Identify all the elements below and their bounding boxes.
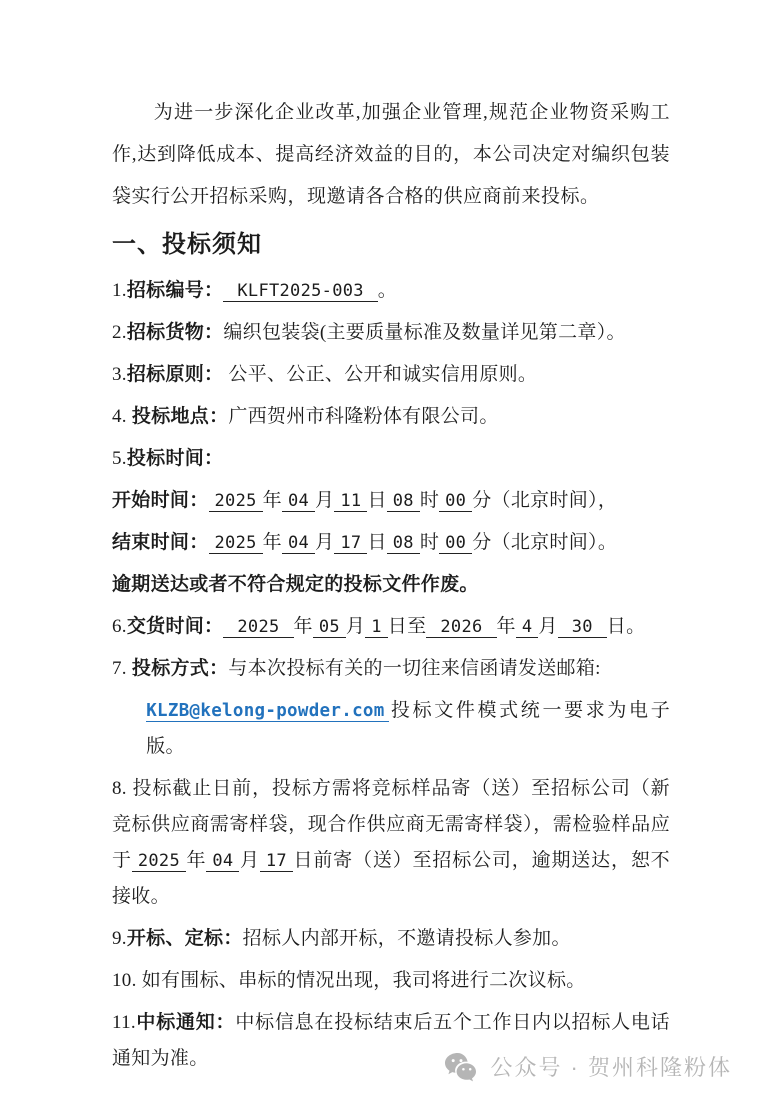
doc-line: 9.开标、定标：招标人内部开标，不邀请投标人参加。 (112, 921, 670, 957)
text-run: 逾期送达或者不符合规定的投标文件作废。 (112, 574, 479, 595)
form-fill-value: 4 (516, 617, 539, 638)
text-run: 交货时间： (127, 616, 224, 637)
text-run: 分（北京时间）。 (472, 532, 617, 553)
text-run: 年 (263, 532, 282, 553)
doc-line: 逾期送达或者不符合规定的投标文件作废。 (112, 567, 670, 603)
doc-line: 5.投标时间： (112, 441, 670, 477)
text-run: 月 (538, 616, 557, 637)
form-fill-value: 2025 (132, 851, 186, 872)
doc-line: 10. 如有围标、串标的情况出现，我司将进行二次议标。 (112, 963, 670, 999)
text-run: 6. (112, 616, 127, 637)
text-run: 9. (112, 928, 127, 949)
text-run: 与本次投标有关的一切往来信函请发送邮箱: (228, 658, 600, 679)
text-run: 时 (420, 490, 439, 511)
text-run: 广西贺州市科隆粉体有限公司。 (228, 406, 498, 427)
form-fill-value: 1 (365, 617, 388, 638)
email-link[interactable]: KLZB@kelong-powder.com (146, 701, 388, 722)
text-run: 投标地点： (132, 406, 229, 427)
form-fill-value: 00 (439, 533, 472, 554)
form-fill-value: 2025 (209, 491, 263, 512)
form-fill-value: 2026 (426, 617, 496, 638)
form-fill-value: KLFT2025-003 (223, 281, 377, 302)
text-run: 中标通知： (136, 1012, 235, 1033)
text-run: 1. (112, 280, 127, 301)
text-run: 月 (239, 850, 259, 871)
text-run: 4. (112, 406, 132, 427)
watermark-text: 公众号 · 贺州科隆粉体 (490, 1051, 732, 1082)
doc-line: 8. 投标截止日前，投标方需将竞标样品寄（送）至招标公司（新竞标供应商需寄样袋，… (112, 771, 670, 915)
text-run: 开标、定标： (127, 928, 243, 949)
text-run: 月 (315, 532, 334, 553)
doc-line: 2.招标货物：编织包装袋(主要质量标准及数量详见第二章）。 (112, 315, 670, 351)
doc-line: 3.招标原则： 公平、公正、公开和诚实信用原则。 (112, 357, 670, 393)
form-fill-value: 00 (439, 491, 472, 512)
text-run: 招标编号： (127, 280, 224, 301)
text-run: 结束时间： (112, 532, 209, 553)
wechat-icon (444, 1052, 480, 1082)
form-fill-value: 17 (334, 533, 367, 554)
text-run: 日 (367, 532, 386, 553)
text-run: 公平、公正、公开和诚实信用原则。 (223, 364, 537, 385)
text-run: 招标原则： (127, 364, 224, 385)
text-run: 日。 (607, 616, 646, 637)
text-run: 3. (112, 364, 127, 385)
text-run: 时 (420, 532, 439, 553)
doc-line: 6.交货时间：2025年05月1日至2026年4月30日。 (112, 609, 670, 645)
form-fill-value: 08 (387, 491, 420, 512)
section-heading: 一、投标须知 (112, 224, 670, 259)
text-run: 年 (497, 616, 516, 637)
doc-items: 1.招标编号：KLFT2025-003。2.招标货物：编织包装袋(主要质量标准及… (112, 273, 670, 1077)
doc-line: 1.招标编号：KLFT2025-003。 (112, 273, 670, 309)
form-fill-value: 05 (313, 617, 346, 638)
form-fill-value: 2025 (209, 533, 263, 554)
text-run: 月 (315, 490, 334, 511)
text-run: 招标人内部开标，不邀请投标人参加。 (243, 928, 571, 949)
document-content: 为进一步深化企业改革,加强企业管理,规范企业物资采购工作,达到降低成本、提高经济… (112, 92, 670, 1083)
text-run: 开始时间： (112, 490, 209, 511)
text-run: 招标货物： (127, 322, 224, 343)
text-run: 5. (112, 448, 127, 469)
form-fill-value: 04 (206, 851, 239, 872)
text-run: 7. (112, 658, 132, 679)
text-run: 分（北京时间）， (472, 490, 617, 511)
doc-line: 结束时间：2025年04月17日08时00分（北京时间）。 (112, 525, 670, 561)
text-run: 年 (263, 490, 282, 511)
form-fill-value: 30 (558, 617, 607, 638)
text-run: 投标时间： (127, 448, 224, 469)
text-run: 。 (378, 280, 397, 301)
doc-line: 开始时间：2025年04月11日08时00分（北京时间）， (112, 483, 670, 519)
form-fill-value: 04 (282, 533, 315, 554)
form-fill-value: 11 (334, 491, 367, 512)
text-run: 2. (112, 322, 127, 343)
text-run: 年 (294, 616, 313, 637)
doc-line: 7. 投标方式：与本次投标有关的一切往来信函请发送邮箱: (112, 651, 670, 687)
form-fill-value: 04 (282, 491, 315, 512)
form-fill-value: 17 (260, 851, 293, 872)
text-run: 日至 (388, 616, 427, 637)
form-fill-value: 08 (387, 533, 420, 554)
text-run: 10. 如有围标、串标的情况出现，我司将进行二次议标。 (112, 970, 586, 991)
document-page: 为进一步深化企业改革,加强企业管理,规范企业物资采购工作,达到降低成本、提高经济… (0, 0, 780, 1102)
text-run: 编织包装袋(主要质量标准及数量详见第二章）。 (223, 322, 625, 343)
doc-line: KLZB@kelong-powder.com投标文件模式统一要求为电子版。 (112, 693, 670, 765)
text-run: 年 (186, 850, 206, 871)
text-run: 11. (112, 1012, 136, 1033)
form-fill-value: 2025 (223, 617, 293, 638)
text-run: 月 (346, 616, 365, 637)
text-run: 投标方式： (132, 658, 229, 679)
doc-line: 4. 投标地点：广西贺州市科隆粉体有限公司。 (112, 399, 670, 435)
wechat-watermark: 公众号 · 贺州科隆粉体 (444, 1051, 732, 1082)
text-run: 日 (367, 490, 386, 511)
intro-paragraph: 为进一步深化企业改革,加强企业管理,规范企业物资采购工作,达到降低成本、提高经济… (112, 92, 670, 218)
